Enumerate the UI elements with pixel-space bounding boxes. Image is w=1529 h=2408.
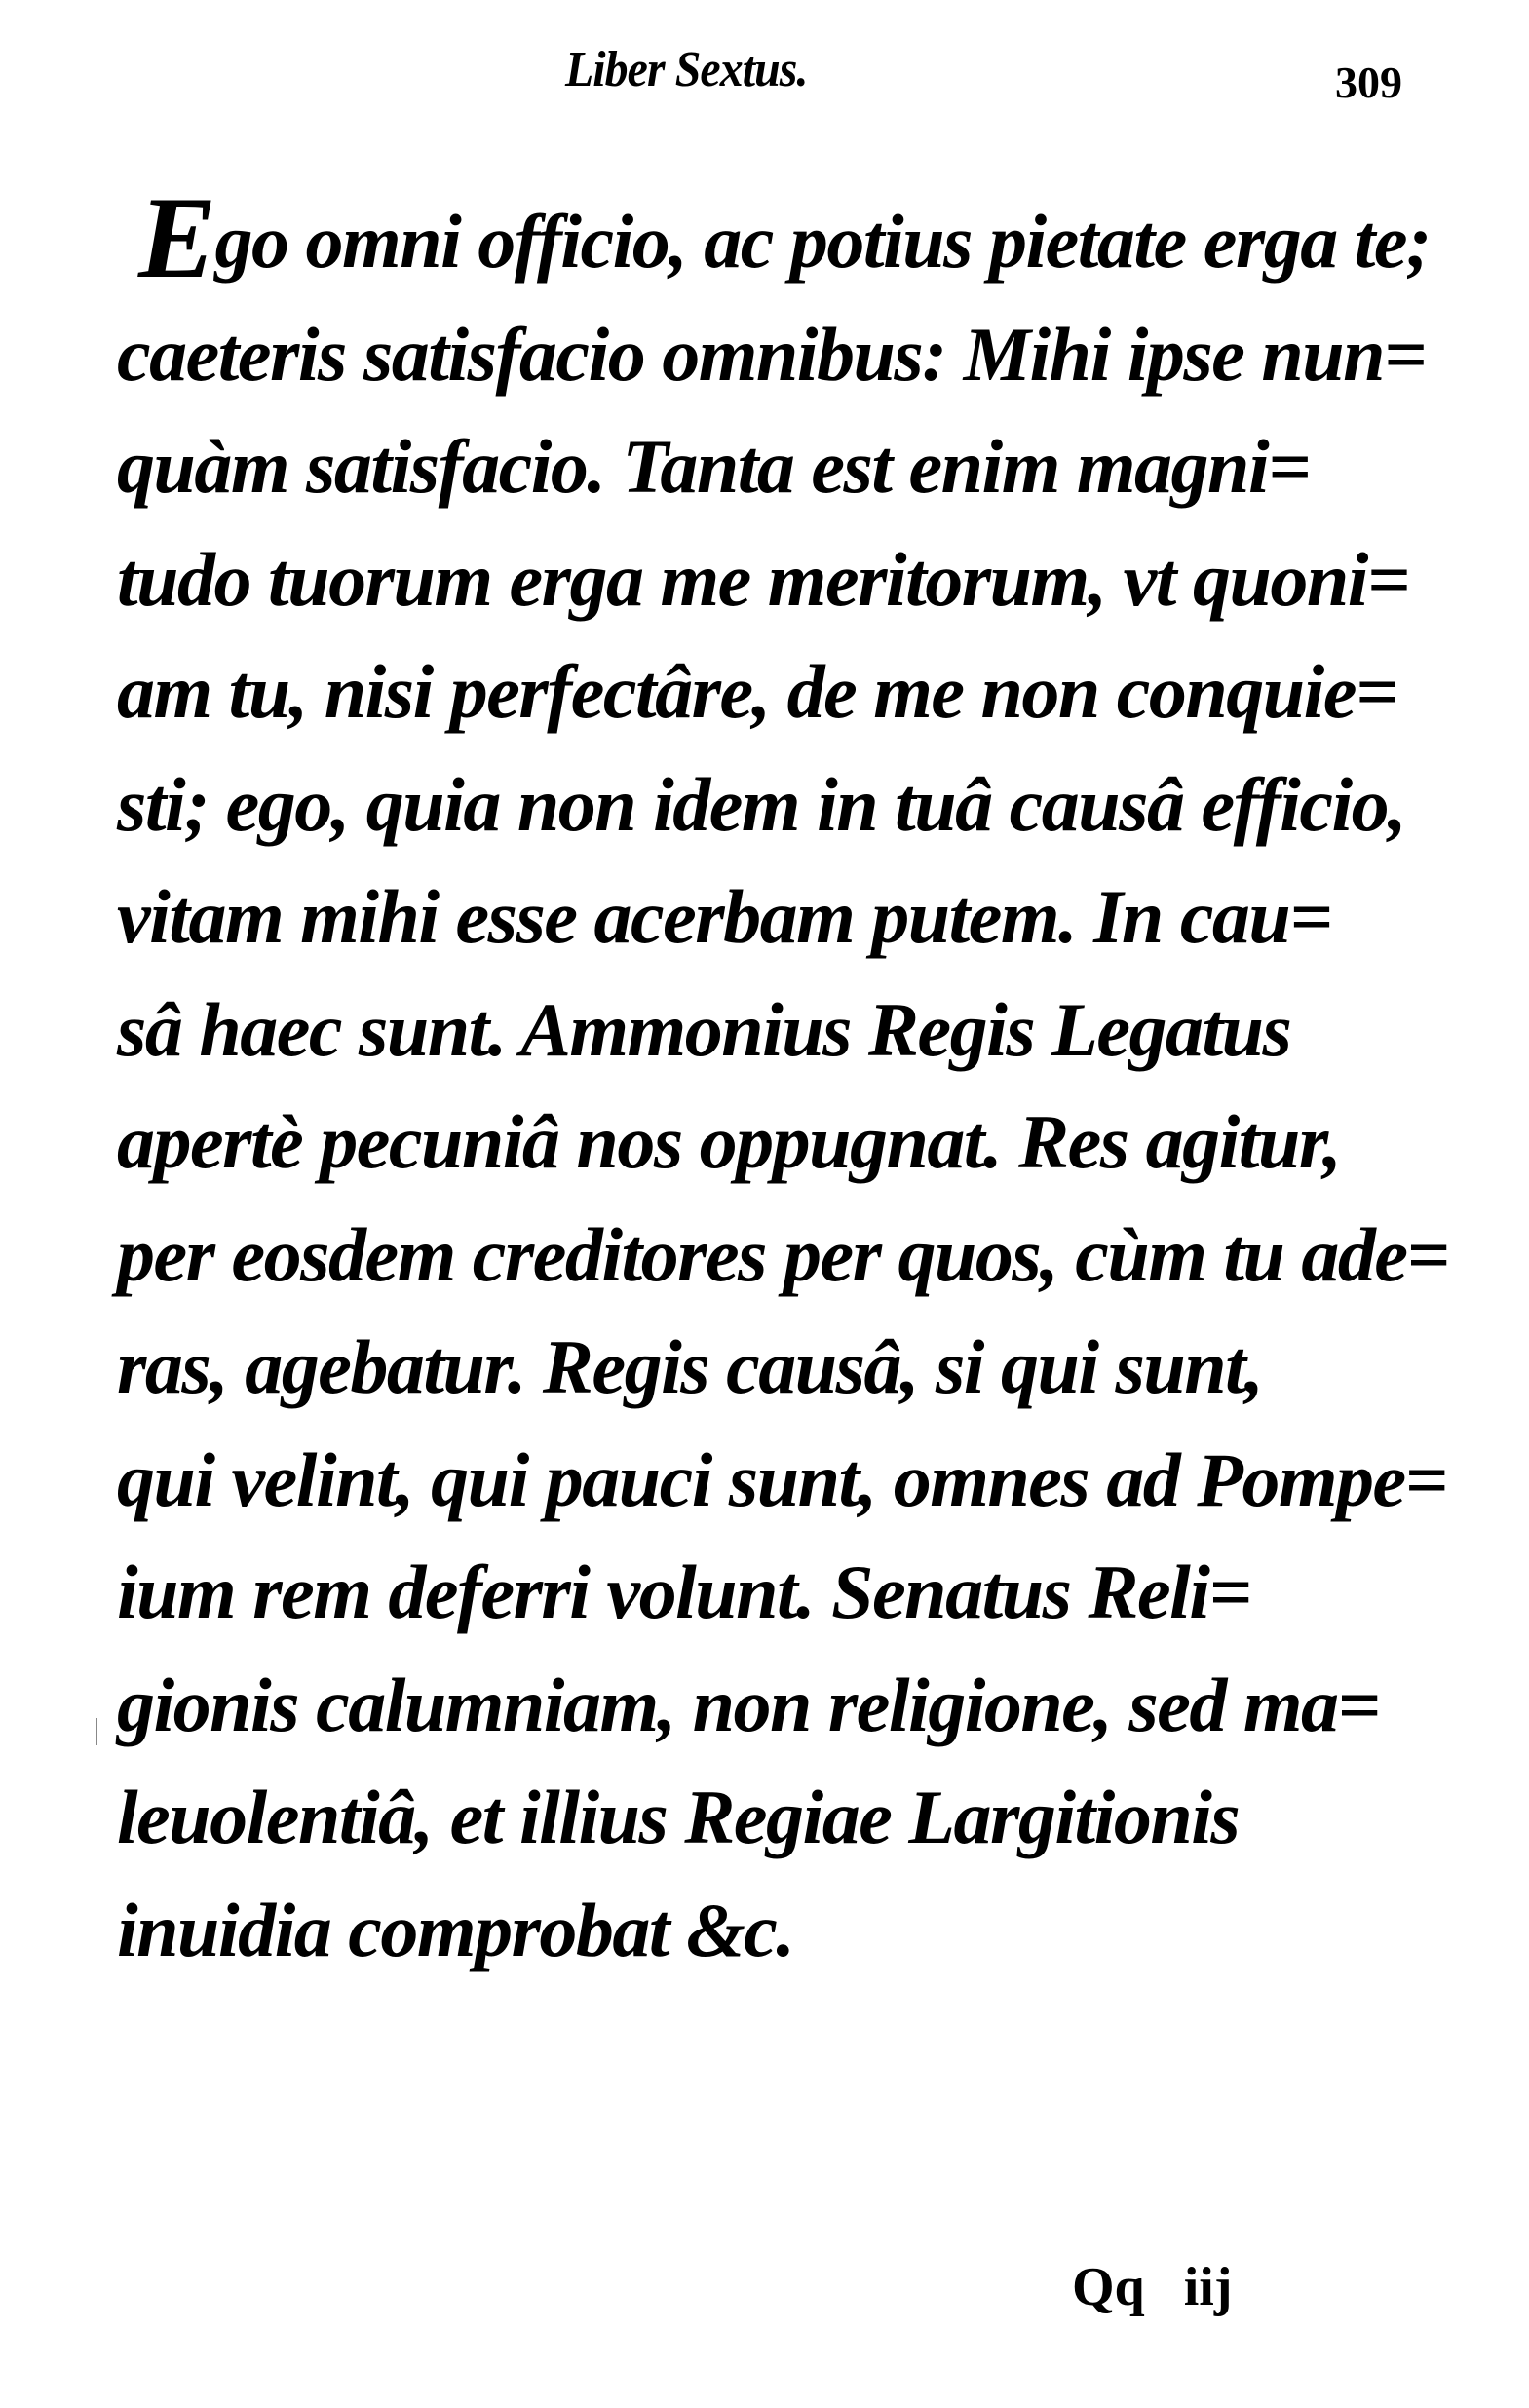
text-line-16: inuidia comprobat &c.: [117, 1874, 1462, 1987]
text-line-1: Ego omni officio, ac potius pietate erga…: [117, 185, 1462, 298]
text-line-7: vitam mihi esse acerbam putem. In cau=: [117, 860, 1462, 974]
text-line-1-content: go omni officio, ac potius pietate erga …: [215, 199, 1431, 284]
text-line-15: leuolentiâ, et illius Regiae Largitionis: [117, 1761, 1462, 1874]
text-line-12: qui velint, qui pauci sunt, omnes ad Pom…: [117, 1424, 1462, 1537]
signature-mark: Qqiij: [1072, 2256, 1271, 2318]
text-line-14: gionis calumniam, non religione, sed ma=: [117, 1649, 1462, 1762]
text-line-6: sti; ego, quia non idem in tuâ causâ eff…: [117, 748, 1462, 861]
text-line-11: ras, agebatur. Regis causâ, si qui sunt,: [117, 1311, 1462, 1424]
text-line-5: am tu, nisi perfectâre, de me non conqui…: [117, 635, 1462, 748]
text-line-13: ium rem deferri volunt. Senatus Reli=: [117, 1536, 1462, 1649]
text-line-3: quàm satisfacio. Tanta est enim magni=: [117, 410, 1462, 523]
text-line-4: tudo tuorum erga me meritorum, vt quoni=: [117, 523, 1462, 636]
text-line-8: sâ haec sunt. Ammonius Regis Legatus: [117, 974, 1462, 1087]
running-title: Liber Sextus.: [565, 41, 808, 98]
signature-letters: Qq: [1072, 2257, 1145, 2317]
text-line-2: caeteris satisfacio omnibus: Mihi ipse n…: [117, 298, 1462, 411]
text-line-9: apertè pecuniâ nos oppugnat. Res agitur,: [117, 1086, 1462, 1199]
letter-text-block: Ego omni officio, ac potius pietate erga…: [117, 185, 1462, 1986]
text-line-10: per eosdem creditores per quos, cùm tu a…: [117, 1199, 1462, 1312]
page-number: 309: [1335, 57, 1402, 108]
signature-number: iij: [1184, 2257, 1233, 2317]
running-head: Liber Sextus. 309: [0, 0, 1529, 127]
scan-artifact: [96, 1718, 97, 1745]
drop-cap: E: [138, 172, 215, 302]
